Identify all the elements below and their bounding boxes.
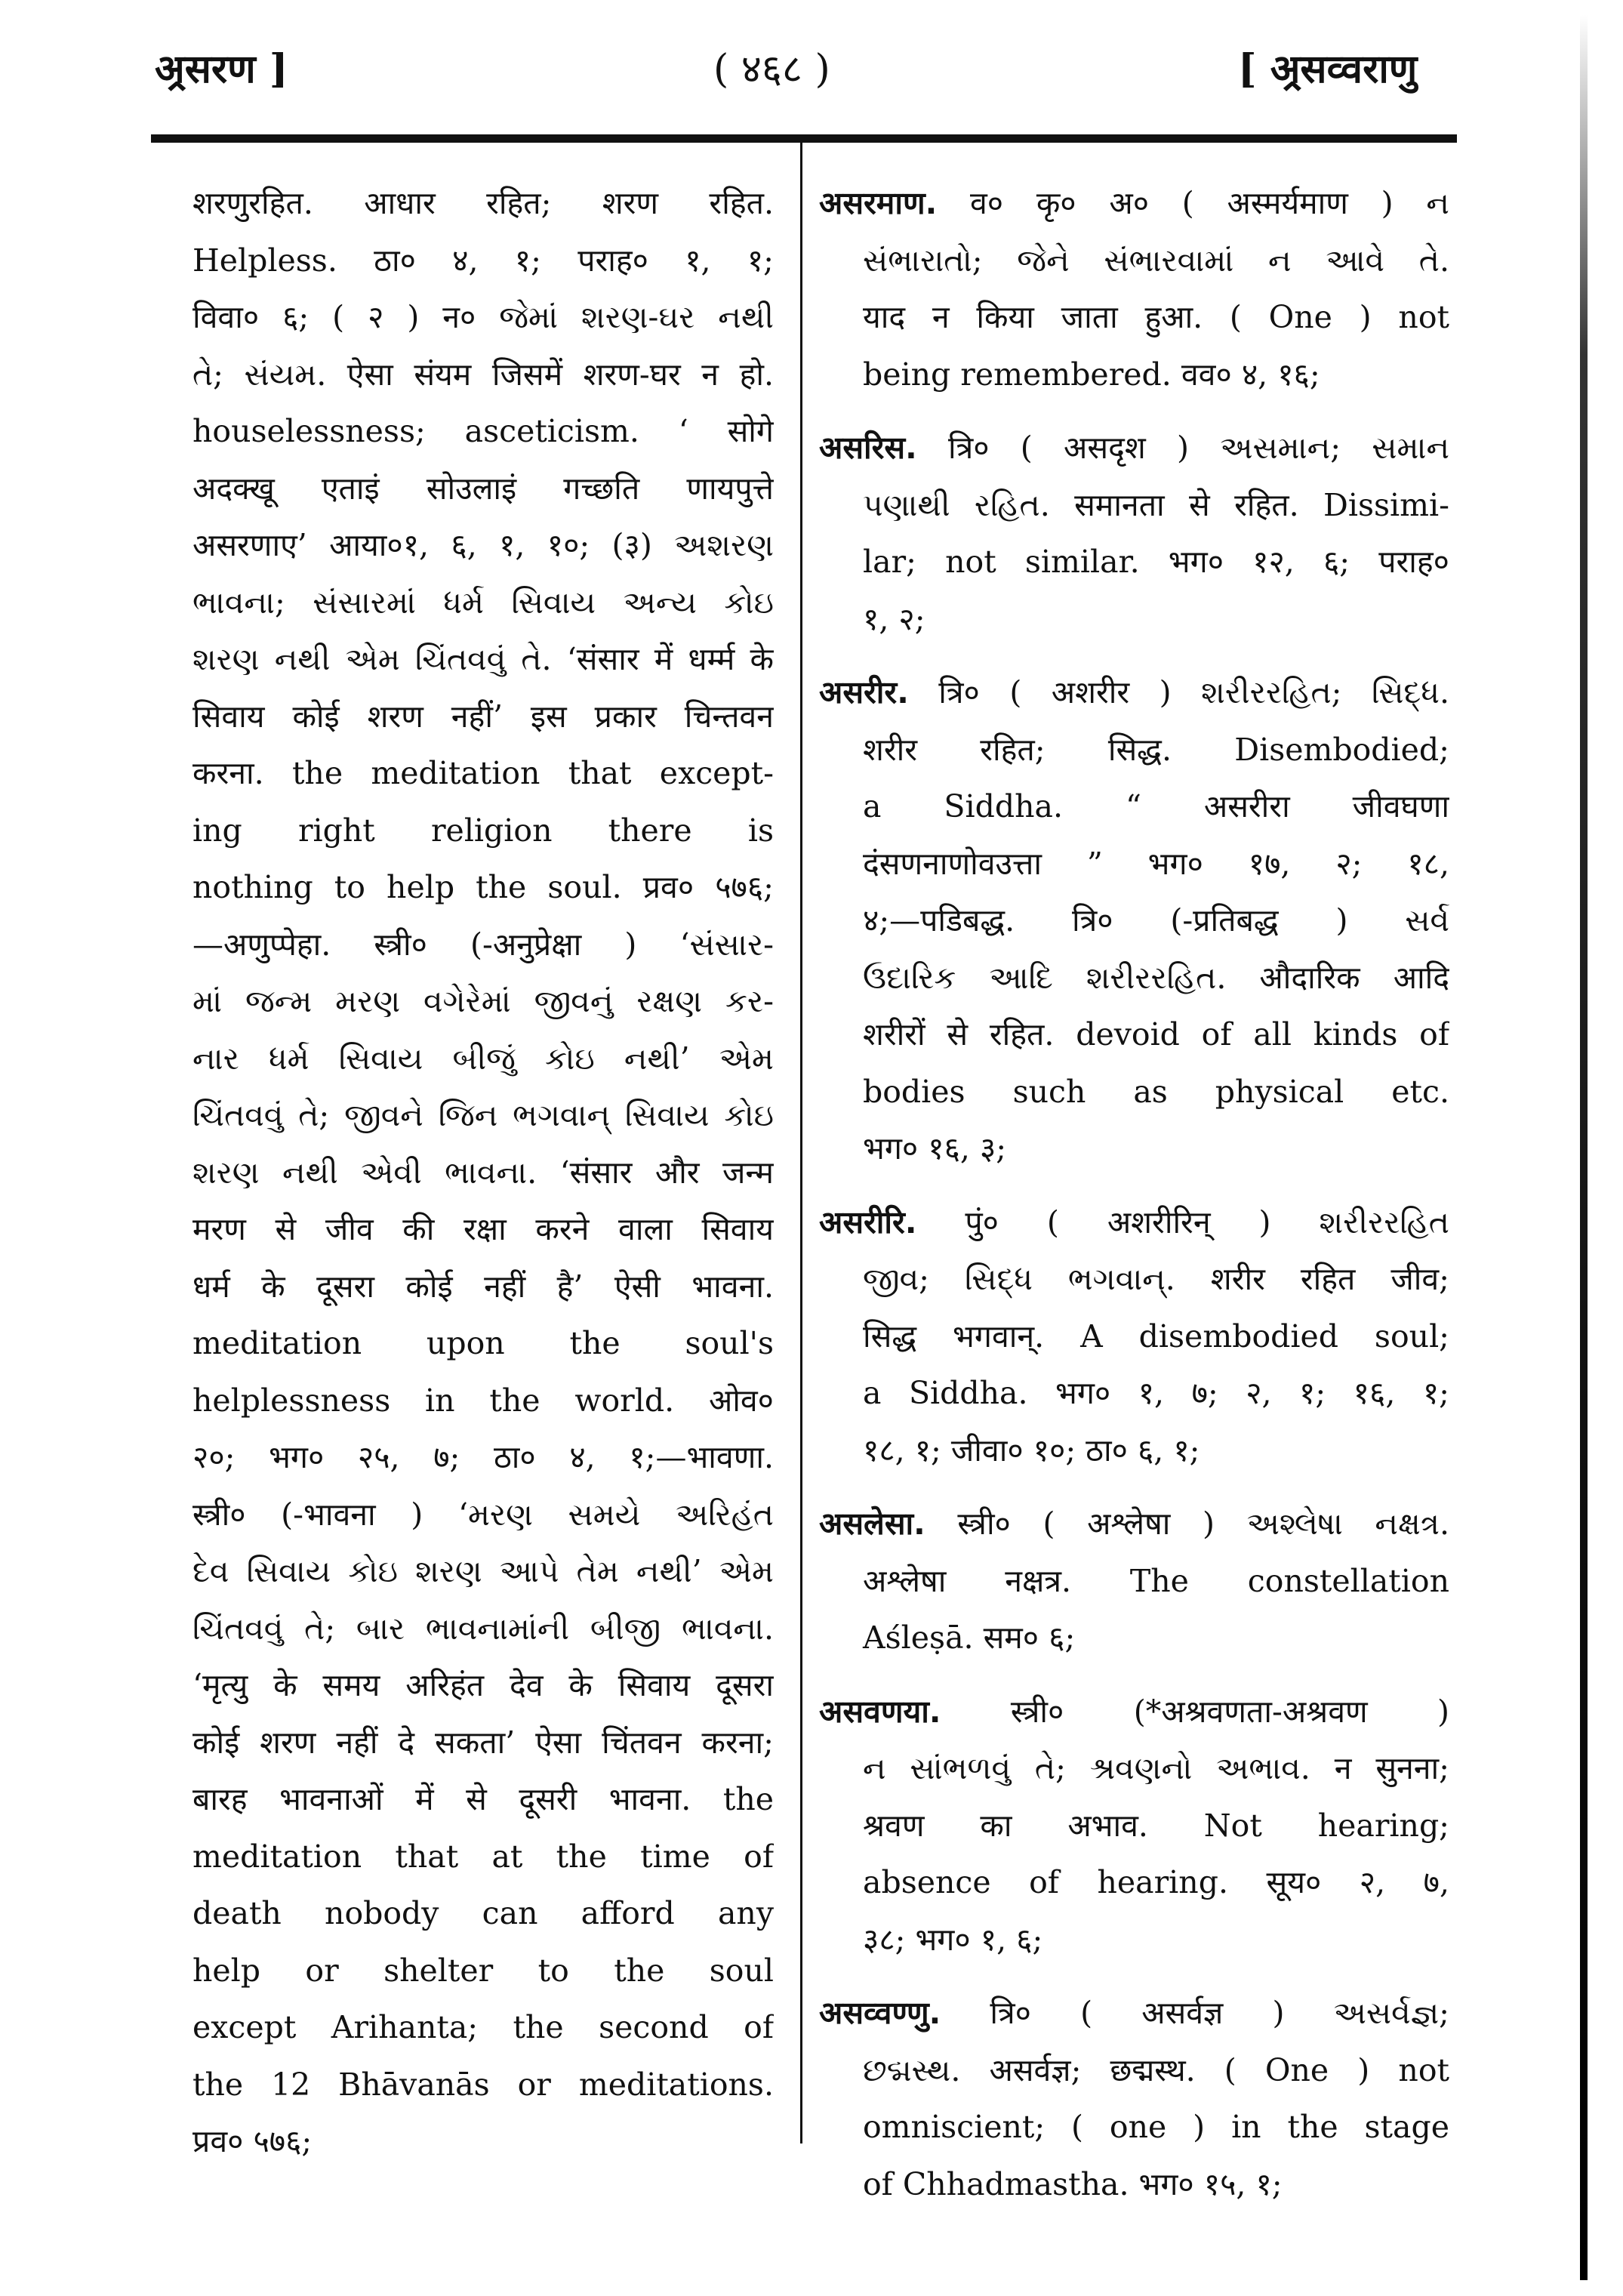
headword: असलेसा. <box>819 1505 925 1542</box>
text-line: જીવ; સિદ્ધ ભગવાન્. शरीर रहित जीव; <box>819 1251 1449 1308</box>
text-line: असव्वण्णु. त्रि० ( असर्वज्ञ ) અસર્વજ્ઞ; <box>819 1985 1449 2042</box>
entry-text: त्रि० ( अशरीर ) શરીરરહિત; સિદ્ધ. <box>938 674 1449 710</box>
text-line: bodies such as physical etc. <box>819 1064 1449 1121</box>
text-line: નાર ધર્મ સિવાય બીજું કોઇ નથી’ એમ <box>192 1031 774 1088</box>
text-line: omniscient; ( one ) in the stage <box>819 2099 1449 2156</box>
text-line: પણાથી રહિત. समानता से रहित. Dissimi- <box>819 477 1449 535</box>
text-line: ચિંતવવું તે; જીવને જિન ભગવાન્ સિવાય કોઇ <box>192 1087 774 1145</box>
text-line: स्त्री० (-भावना ) ‘મરણ સમયે અરિહંત <box>192 1487 774 1544</box>
headword: असव्वण्णु. <box>819 1995 941 2031</box>
dictionary-entry: असलेसा. स्त्री० ( अश्लेषा ) અશ્લેષા નક્ષ… <box>819 1496 1449 1667</box>
text-line: helplessness in the world. ओव० <box>192 1373 774 1430</box>
text-line: १८, १; जीवा० १०; ठा० ६, १; <box>819 1422 1449 1480</box>
text-line: Aśleṣā. सम० ६; <box>819 1610 1449 1667</box>
text-line: मरण से जीव की रक्षा करने वाला सिवाय <box>192 1201 774 1259</box>
dictionary-entry: असरमाण. व० कृ० अ० ( अस्मर्यमाण ) નસંભારા… <box>819 175 1449 403</box>
text-line: प्रव० ५७६; <box>192 2113 774 2171</box>
text-line: ઉદારિક આદિ શરીરરહિત. औदारिक आदि <box>819 950 1449 1007</box>
dictionary-entry: असव्वण्णु. त्रि० ( असर्वज्ञ ) અસર્વજ્ઞ;છ… <box>819 1985 1449 2213</box>
text-line: धर्म के दूसरा कोई नहीं है’ ऐसी भावना. <box>192 1259 774 1316</box>
text-line: a Siddha. “ असरीरा जीवघणा <box>819 778 1449 836</box>
text-line: the 12 Bhāvanās or meditations. <box>192 2057 774 2114</box>
headword: असरीर. <box>819 674 909 710</box>
text-line: असवणया. स्त्री० (*अश्रवणता-अश्रवण ) <box>819 1684 1449 1741</box>
text-line: २०; भग० २५, ७; ठा० ४, १;—भावणा. <box>192 1429 774 1487</box>
page-number: ( ४६८ ) <box>713 47 830 92</box>
text-line: houselessness; asceticism. ‘ सोगे <box>192 403 774 461</box>
text-line: भग० १६, ३; <box>819 1120 1449 1178</box>
column-divider <box>800 143 802 2143</box>
entry-text: पुं० ( अशरीरिन् ) શરીરરહિત <box>965 1204 1449 1240</box>
dictionary-entry: असरीर. त्रि० ( अशरीर ) શરીરરહિત; સિદ્ધ.श… <box>819 664 1449 1178</box>
header-rule <box>151 134 1457 143</box>
left-column: शरणुरहित. आधार रहित; शरण रहित.Helpless. … <box>192 175 774 2171</box>
text-line: except Arihanta; the second of <box>192 1999 774 2057</box>
headword: असरीरि. <box>819 1204 916 1240</box>
text-line: कोई शरण नहीं दे सकता’ ऐसा चिंतवन करना; <box>192 1715 774 1772</box>
text-line: असरमाण. व० कृ० अ० ( अस्मर्यमाण ) ન <box>819 175 1449 233</box>
text-line: शरणुरहित. आधार रहित; शरण रहित. <box>192 175 774 233</box>
right-column: असरमाण. व० कृ० अ० ( अस्मर्यमाण ) નસંભારા… <box>819 175 1449 2230</box>
text-line: ing right religion there is <box>192 803 774 860</box>
text-line: માં જન્મ મરણ વગેરેમાં જીવનું રક્ષણ કર- <box>192 973 774 1031</box>
text-line: करना. the meditation that except- <box>192 745 774 803</box>
text-line: nothing to help the soul. प्रव० ५७६; <box>192 859 774 917</box>
text-line: ‘मृत्यु के समय अरिहंत देव के सिवाय दूसरा <box>192 1657 774 1715</box>
entry-text: व० कृ० अ० ( अस्मर्यमाण ) ન <box>970 185 1449 221</box>
text-line: असलेसा. स्त्री० ( अश्लेषा ) અશ્લેષા નક્ષ… <box>819 1496 1449 1553</box>
running-head-right: [ अ्रसव्वराणु <box>1238 47 1417 92</box>
headword: असरमाण. <box>819 185 937 221</box>
entry-text: स्त्री० ( अश्लेषा ) અશ્લેષા નક્ષત્ર. <box>957 1505 1449 1542</box>
text-line: याद न किया जाता हुआ. ( One ) not <box>819 289 1449 347</box>
text-line: દેવ સિવાય કોઇ શરણ આપે તેમ નથી’ એમ <box>192 1543 774 1601</box>
text-line: असरणाए’ आया०१, ६, १, १०; (३) અશરણ <box>192 517 774 575</box>
entry-text: स्त्री० (*अश्रवणता-अश्रवण ) <box>1011 1693 1449 1730</box>
dictionary-entry: असरीरि. पुं० ( अशरीरिन् ) શરીરરહિતજીવ; સ… <box>819 1194 1449 1480</box>
text-line: being remembered. वव० ४, १६; <box>819 347 1449 404</box>
text-line: शरीरों से रहित. devoid of all kinds of <box>819 1006 1449 1064</box>
text-line: of Chhadmastha. भग० १५, १; <box>819 2156 1449 2214</box>
entry-text: त्रि० ( असदृश ) અસમાન; સમાન <box>948 430 1449 466</box>
text-line: absence of hearing. सूय० २, ७, <box>819 1854 1449 1912</box>
text-line: શરણ નથી એમ ચિંતવવું તે. ‘संसार में धर्म्… <box>192 631 774 689</box>
headword: असरिस. <box>819 430 917 466</box>
text-line: તે; સંયમ. ऐसा संयम जिसमें शरण-घर न हो. <box>192 347 774 404</box>
text-line: meditation that at the time of <box>192 1829 774 1886</box>
text-line: —अणुप्पेहा. स्त्री० (-अनुप्रेक्षा ) ‘સંસ… <box>192 917 774 974</box>
text-line: बारह भावनाओं में से दूसरी भावना. the <box>192 1771 774 1829</box>
text-line: ન સાંભળવું તે; શ્રવણનો અભાવ. न सुनना; <box>819 1740 1449 1798</box>
text-line: १, २; <box>819 591 1449 649</box>
text-line: सिद्ध भगवान्. A disembodied soul; <box>819 1308 1449 1366</box>
text-line: असरीर. त्रि० ( अशरीर ) શરીરરહિત; સિદ્ધ. <box>819 664 1449 722</box>
text-line: ચિંતવવું તે; બાર ભાવનામાંની બીજી ભાવના. <box>192 1601 774 1658</box>
entry-text: त्रि० ( असर्वज्ञ ) અસર્વજ્ઞ; <box>990 1995 1449 2031</box>
text-line: meditation upon the soul's <box>192 1315 774 1373</box>
text-line: સંભારાતો; જેને સંભારવામાં ન આવે તે. <box>819 233 1449 290</box>
text-line: a Siddha. भग० १, ७; २, १; १६, १; <box>819 1365 1449 1422</box>
dictionary-entry: असरिस. त्रि० ( असदृश ) અસમાન; સમાનપણાથી … <box>819 420 1449 648</box>
text-line: विवा० ६; ( २ ) न० જેમાં શરણ-ઘર નથી <box>192 289 774 347</box>
text-line: अश्लेषा नक्षत्र. The constellation <box>819 1553 1449 1610</box>
text-line: सिवाय कोई शरण नहीं’ इस प्रकार चिन्तवन <box>192 689 774 746</box>
text-line: असरिस. त्रि० ( असदृश ) અસમાન; સમાન <box>819 420 1449 477</box>
text-line: ४;—पडिबद्ध. त्रि० (-प्रतिबद्ध ) સર્વ <box>819 892 1449 950</box>
text-line: असरीरि. पुं० ( अशरीरिन् ) શરીરરહિત <box>819 1194 1449 1252</box>
text-line: ३८; भग० १, ६; <box>819 1912 1449 1969</box>
text-line: death nobody can afford any <box>192 1885 774 1943</box>
text-line: છદ્મસ્થ. असर्वज्ञ; छद्मस्थ. ( One ) not <box>819 2042 1449 2100</box>
headword: असवणया. <box>819 1693 941 1730</box>
text-line: शरीर रहित; सिद्ध. Disembodied; <box>819 722 1449 779</box>
text-line: दंसणनाणोवउत्ता ” भग० १७, २; १८, <box>819 836 1449 893</box>
dictionary-entry: असवणया. स्त्री० (*अश्रवणता-अश्रवण )ન સાં… <box>819 1684 1449 1969</box>
text-line: श्रवण का अभाव. Not hearing; <box>819 1798 1449 1855</box>
text-line: ભાવના; સંસારમાં ધર્મ સિવાય અન્ય કોઇ <box>192 575 774 632</box>
text-line: lar; not similar. भग० १२, ६; पराह० <box>819 534 1449 591</box>
page-edge-shadow <box>1580 15 1588 2280</box>
text-line: શરણ નથી એવી ભાવના. ‘संसार और जन्म <box>192 1145 774 1202</box>
running-head-left: अ्रसरण ] <box>155 47 288 92</box>
text-line: अदक्खू एताइं सोउलाइं गच्छति णायपुत्ते <box>192 461 774 518</box>
text-line: help or shelter to the soul <box>192 1943 774 2000</box>
text-line: Helpless. ठा० ४, १; पराह० १, १; <box>192 233 774 290</box>
